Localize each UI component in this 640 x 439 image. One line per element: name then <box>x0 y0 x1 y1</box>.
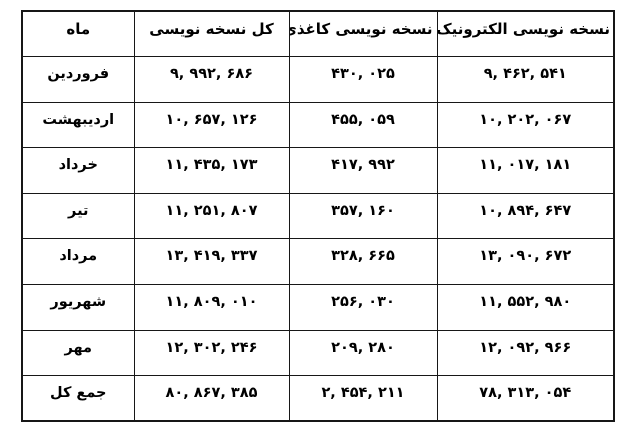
prescription-table-container: ماه کل نسخه نویسی نسخه نویسی کاغذی نسخه … <box>21 10 615 422</box>
cell-total: ۱۱, ۲۵۱, ۸۰۷ <box>134 193 289 239</box>
table-row: مهر ۱۲, ۳۰۲, ۲۴۶ ۲۰۹, ۲۸۰ ۱۲, ۰۹۲, ۹۶۶ <box>22 330 614 376</box>
cell-month: شهریور <box>22 285 134 331</box>
cell-paper: ۲, ۴۵۴, ۲۱۱ <box>289 376 437 422</box>
cell-month: مرداد <box>22 239 134 285</box>
table-row: مرداد ۱۳, ۴۱۹, ۳۳۷ ۳۲۸, ۶۶۵ ۱۳, ۰۹۰, ۶۷۲ <box>22 239 614 285</box>
cell-paper: ۲۵۶, ۰۳۰ <box>289 285 437 331</box>
cell-electronic: ۷۸, ۳۱۳, ۰۵۴ <box>437 376 614 422</box>
cell-total: ۱۱, ۴۳۵, ۱۷۳ <box>134 148 289 194</box>
prescription-stats-table: ماه کل نسخه نویسی نسخه نویسی کاغذی نسخه … <box>21 10 615 422</box>
cell-month: تیر <box>22 193 134 239</box>
cell-total: ۱۲, ۳۰۲, ۲۴۶ <box>134 330 289 376</box>
cell-electronic: ۱۱, ۰۱۷, ۱۸۱ <box>437 148 614 194</box>
cell-total: ۹, ۹۹۲, ۶۸۶ <box>134 57 289 103</box>
cell-paper: ۳۲۸, ۶۶۵ <box>289 239 437 285</box>
cell-electronic: ۱۱, ۵۵۲, ۹۸۰ <box>437 285 614 331</box>
cell-paper: ۴۵۵, ۰۵۹ <box>289 102 437 148</box>
cell-paper: ۲۰۹, ۲۸۰ <box>289 330 437 376</box>
header-row: ماه کل نسخه نویسی نسخه نویسی کاغذی نسخه … <box>22 11 614 57</box>
cell-electronic: ۱۰, ۲۰۲, ۰۶۷ <box>437 102 614 148</box>
page: { "page": { "background_color": "#ffffff… <box>0 0 640 439</box>
cell-month: خرداد <box>22 148 134 194</box>
cell-month: جمع کل <box>22 376 134 422</box>
cell-total: ۸۰, ۸۶۷, ۳۸۵ <box>134 376 289 422</box>
table-row: تیر ۱۱, ۲۵۱, ۸۰۷ ۳۵۷, ۱۶۰ ۱۰, ۸۹۴, ۶۴۷ <box>22 193 614 239</box>
table-row: اردیبهشت ۱۰, ۶۵۷, ۱۲۶ ۴۵۵, ۰۵۹ ۱۰, ۲۰۲, … <box>22 102 614 148</box>
cell-paper: ۳۵۷, ۱۶۰ <box>289 193 437 239</box>
header-total: کل نسخه نویسی <box>134 11 289 57</box>
cell-electronic: ۹, ۴۶۲, ۵۴۱ <box>437 57 614 103</box>
cell-month: فروردین <box>22 57 134 103</box>
cell-paper: ۴۱۷, ۹۹۲ <box>289 148 437 194</box>
cell-total: ۱۱, ۸۰۹, ۰۱۰ <box>134 285 289 331</box>
table-row-grand-total: جمع کل ۸۰, ۸۶۷, ۳۸۵ ۲, ۴۵۴, ۲۱۱ ۷۸, ۳۱۳,… <box>22 376 614 422</box>
cell-month: اردیبهشت <box>22 102 134 148</box>
table-row: خرداد ۱۱, ۴۳۵, ۱۷۳ ۴۱۷, ۹۹۲ ۱۱, ۰۱۷, ۱۸۱ <box>22 148 614 194</box>
cell-paper: ۴۳۰, ۰۲۵ <box>289 57 437 103</box>
table-row: شهریور ۱۱, ۸۰۹, ۰۱۰ ۲۵۶, ۰۳۰ ۱۱, ۵۵۲, ۹۸… <box>22 285 614 331</box>
cell-electronic: ۱۲, ۰۹۲, ۹۶۶ <box>437 330 614 376</box>
cell-electronic: ۱۰, ۸۹۴, ۶۴۷ <box>437 193 614 239</box>
header-paper: نسخه نویسی کاغذی <box>289 11 437 57</box>
header-electronic: نسخه نویسی الکترونیک <box>437 11 614 57</box>
header-month: ماه <box>22 11 134 57</box>
cell-month: مهر <box>22 330 134 376</box>
cell-electronic: ۱۳, ۰۹۰, ۶۷۲ <box>437 239 614 285</box>
table-row: فروردین ۹, ۹۹۲, ۶۸۶ ۴۳۰, ۰۲۵ ۹, ۴۶۲, ۵۴۱ <box>22 57 614 103</box>
cell-total: ۱۳, ۴۱۹, ۳۳۷ <box>134 239 289 285</box>
cell-total: ۱۰, ۶۵۷, ۱۲۶ <box>134 102 289 148</box>
